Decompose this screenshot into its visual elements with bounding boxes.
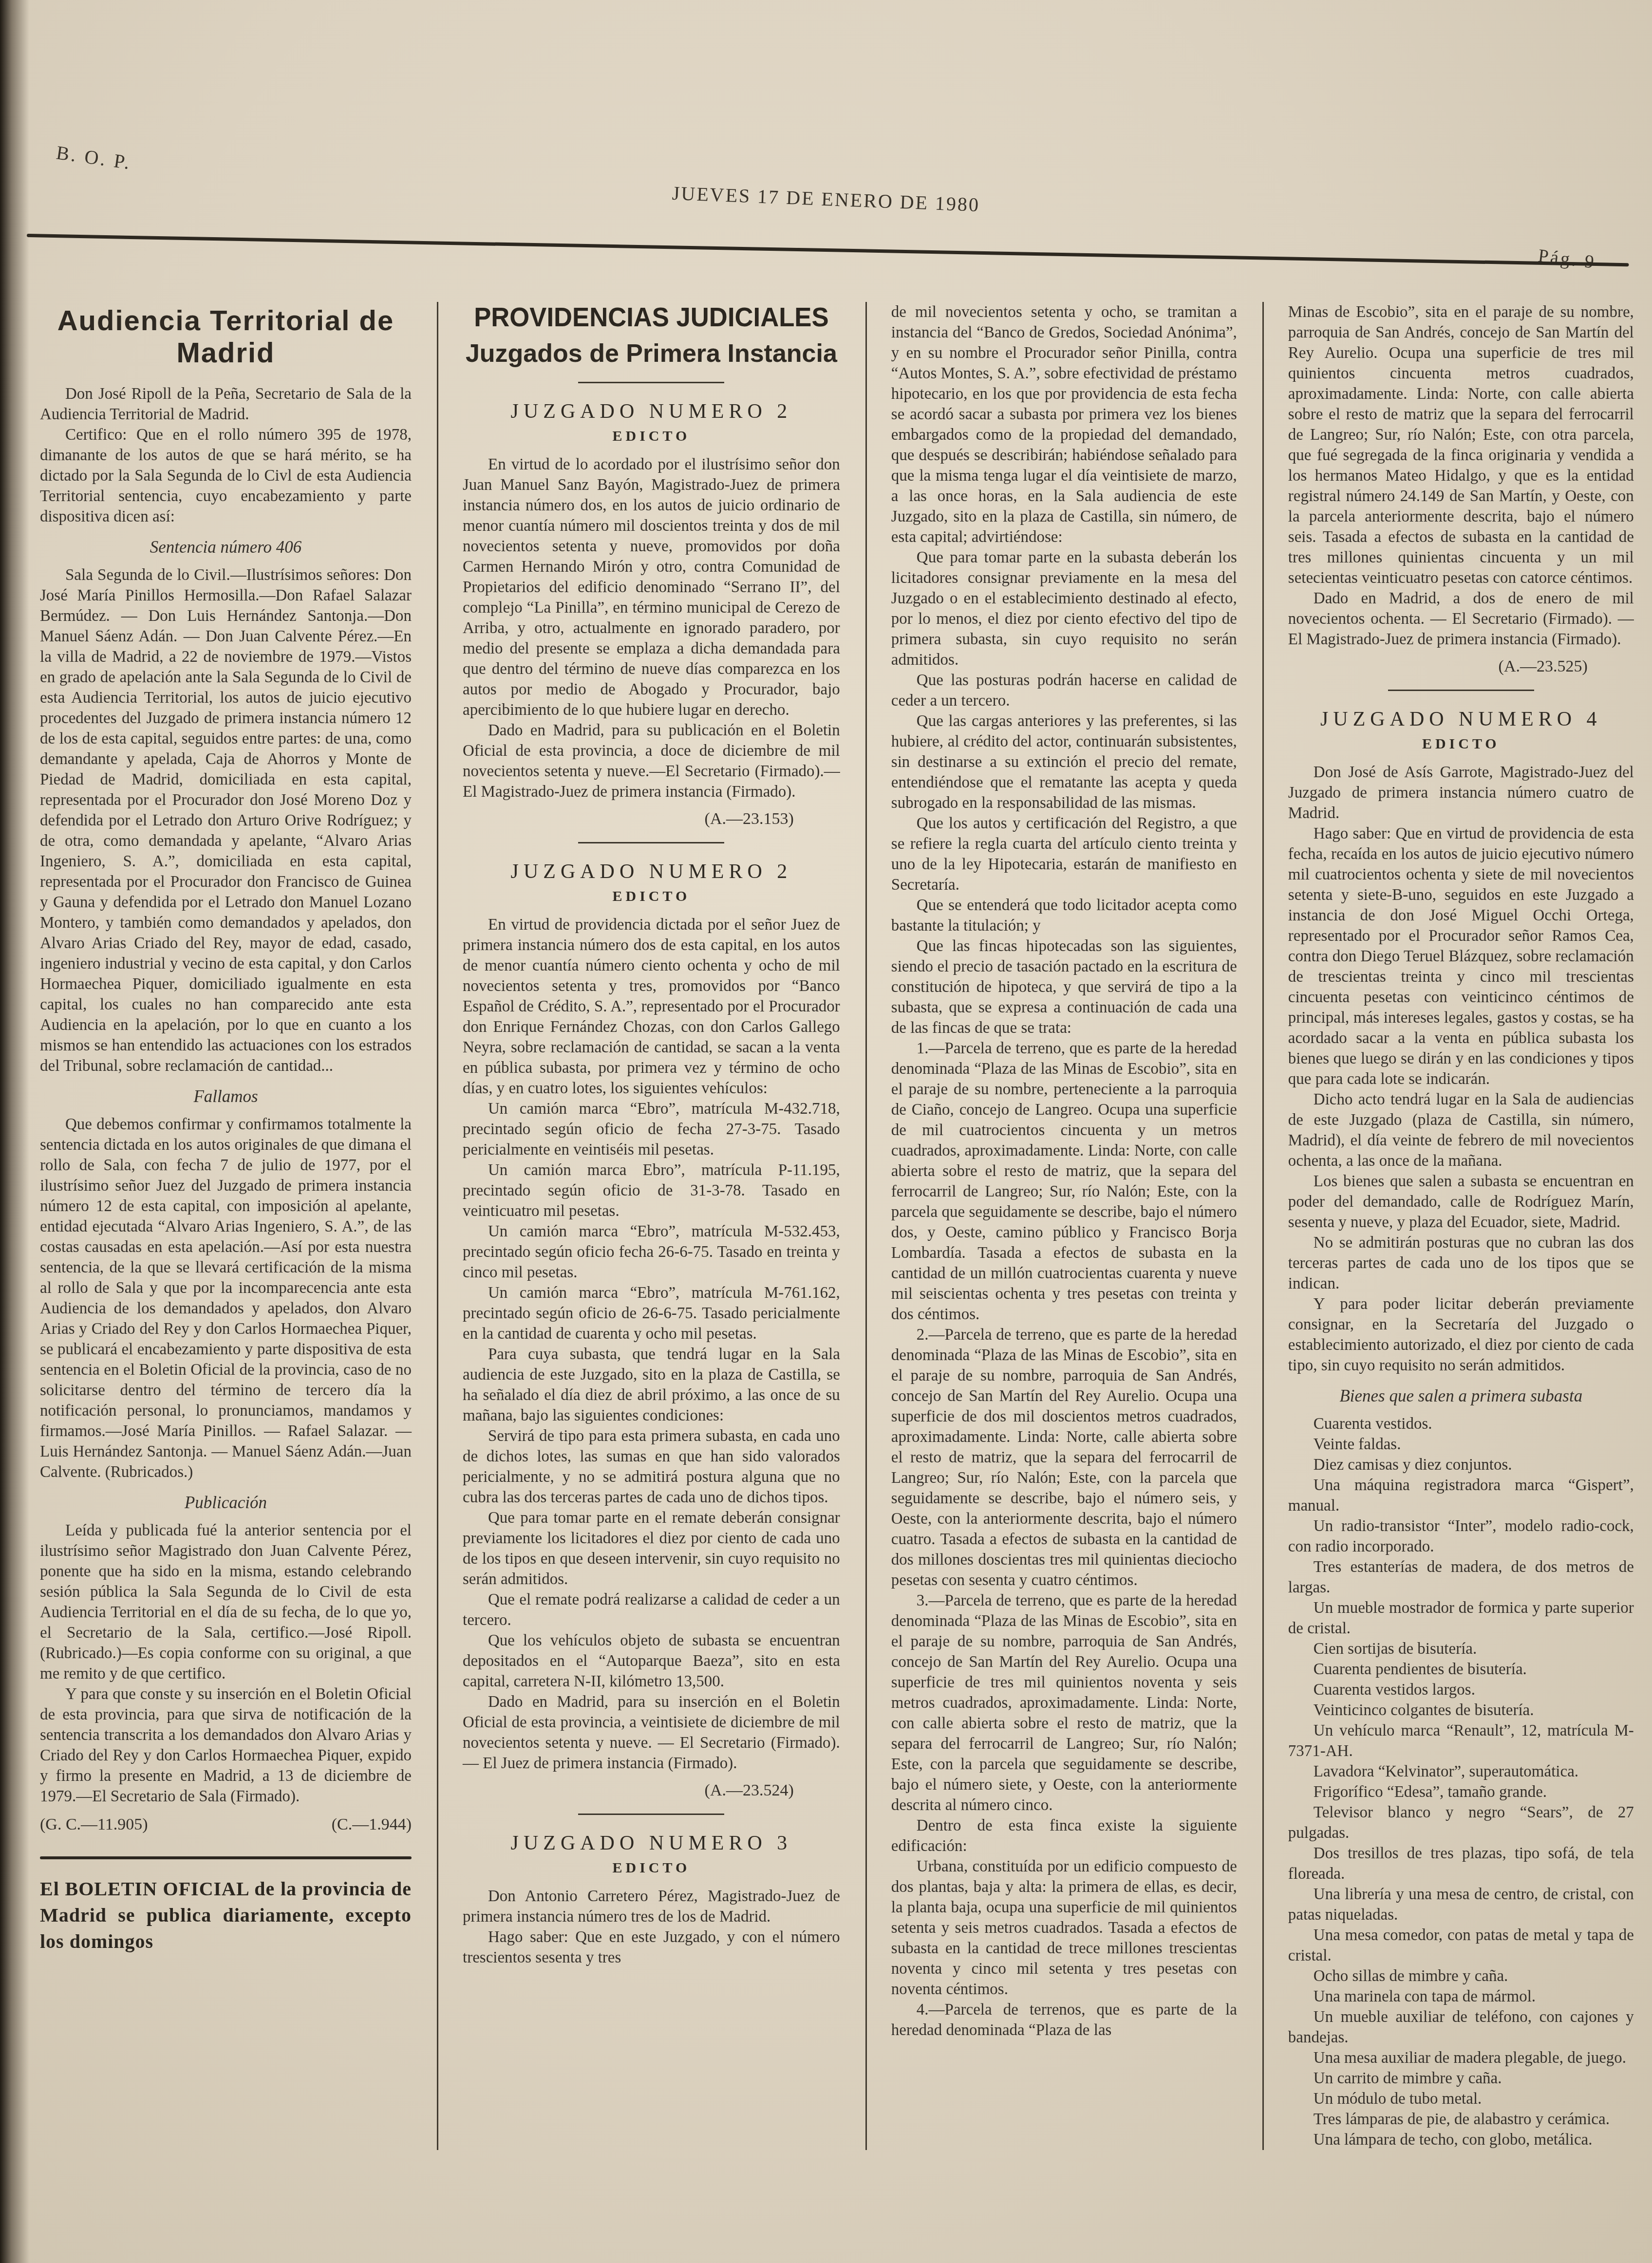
paragraph: Un camión marca “Ebro”, matrícula M-532.… — [463, 1221, 840, 1283]
publication-title: Audiencia Territorial de Madrid — [40, 305, 412, 369]
paragraph: Cien sortijas de bisutería. — [1288, 1639, 1634, 1659]
paragraph: Dicho acto tendrá lugar en la Sala de au… — [1288, 1089, 1634, 1171]
paragraph: Que para tomar parte en el remate deberá… — [463, 1508, 840, 1590]
paragraph: Para cuya subasta, que tendrá lugar en l… — [463, 1344, 840, 1426]
paragraph: Un mueble auxiliar de teléfono, con cajo… — [1288, 2007, 1634, 2048]
court-heading: JUZGADO NUMERO 4 — [1288, 708, 1634, 731]
paragraph: Televisor blanco y negro “Sears”, de 27 … — [1288, 1802, 1634, 1843]
reference-numbers: (G. C.—11.905)(C.—1.944) — [40, 1815, 412, 1834]
paragraph: Que el remate podrá realizarse a calidad… — [463, 1590, 840, 1630]
section-divider — [578, 382, 724, 383]
section-divider — [578, 1814, 724, 1815]
paragraph: Un camión marca “Ebro”, matrícula M-761.… — [463, 1283, 840, 1344]
paragraph: Dado en Madrid, para su publicación en e… — [463, 720, 840, 802]
paragraph: Hago saber: Que en virtud de providencia… — [1288, 823, 1634, 1089]
subsection-heading: Bienes que salen a primera subasta — [1288, 1386, 1634, 1406]
paragraph: Cuarenta vestidos largos. — [1288, 1680, 1634, 1700]
reference-number: (A.—23.153) — [463, 810, 840, 828]
paragraph: Don José de Asís Garrote, Magistrado-Jue… — [1288, 762, 1634, 823]
reference-number: (A.—23.524) — [463, 1781, 840, 1800]
paragraph: Certifico: Que en el rollo número 395 de… — [40, 425, 412, 527]
paragraph: Que se entenderá que todo licitador acep… — [891, 895, 1237, 936]
paragraph: Hago saber: Que en este Juzgado, y con e… — [463, 1927, 840, 1968]
section-divider — [1388, 690, 1534, 691]
edict-label: EDICTO — [463, 1860, 840, 1876]
paragraph: Un carrito de mimbre y caña. — [1288, 2068, 1634, 2089]
paragraph: Leída y publicada fué la anterior senten… — [40, 1520, 412, 1684]
paragraph: Un módulo de tubo metal. — [1288, 2089, 1634, 2109]
content-columns: Audiencia Territorial de MadridDon José … — [40, 302, 1628, 2150]
subsection-heading: Sentencia número 406 — [40, 538, 412, 557]
paragraph: Frigorífico “Edesa”, tamaño grande. — [1288, 1782, 1634, 1802]
paragraph: Un vehículo marca “Renault”, 12, matrícu… — [1288, 1721, 1634, 1761]
footer-notice: El BOLETIN OFICIAL de la provincia de Ma… — [40, 1876, 412, 1955]
paragraph: 3.—Parcela de terreno, que es parte de l… — [891, 1590, 1237, 1815]
paragraph: Un mueble mostrador de formica y parte s… — [1288, 1598, 1634, 1639]
paragraph: Los bienes que salen a subasta se encuen… — [1288, 1171, 1634, 1233]
paragraph: Y para que conste y su inserción en el B… — [40, 1684, 412, 1807]
subsection-heading: Publicación — [40, 1493, 412, 1513]
paragraph: Dentro de esta finca existe la siguiente… — [891, 1815, 1237, 1856]
paragraph: Cuarenta pendientes de bisutería. — [1288, 1659, 1634, 1680]
paragraph: Y para poder licitar deberán previamente… — [1288, 1294, 1634, 1376]
paragraph: 2.—Parcela de terreno, que es parte de l… — [891, 1325, 1237, 1590]
paragraph: Sala Segunda de lo Civil.—Ilustrísimos s… — [40, 565, 412, 1076]
edict-label: EDICTO — [463, 428, 840, 445]
paragraph: 1.—Parcela de terreno, que es parte de l… — [891, 1038, 1237, 1325]
edict-label: EDICTO — [463, 888, 840, 905]
paragraph: Que las cargas anteriores y las preferen… — [891, 711, 1237, 813]
section-title: PROVIDENCIAS JUDICIALES — [474, 302, 828, 332]
paragraph: Ocho sillas de mimbre y caña. — [1288, 1966, 1634, 1986]
paragraph: En virtud de providencia dictada por el … — [463, 915, 840, 1099]
paragraph: Un camión marca “Ebro”, matrícula M-432.… — [463, 1099, 840, 1160]
paragraph: Veinticinco colgantes de bisutería. — [1288, 1700, 1634, 1721]
paragraph: Que debemos confirmar y confirmamos tota… — [40, 1114, 412, 1482]
paragraph: Diez camisas y diez conjuntos. — [1288, 1455, 1634, 1475]
court-heading: JUZGADO NUMERO 2 — [463, 400, 840, 423]
section-divider — [578, 842, 724, 843]
paragraph: Una mesa auxiliar de madera plegable, de… — [1288, 2048, 1634, 2068]
reference-left: (G. C.—11.905) — [40, 1815, 148, 1834]
paragraph: Una mesa comedor, con patas de metal y t… — [1288, 1925, 1634, 1966]
paragraph: Una máquina registradora marca “Gispert”… — [1288, 1475, 1634, 1516]
paragraph: En virtud de lo acordado por el ilustrís… — [463, 454, 840, 720]
paragraph: Que las fincas hipotecadas son las sigui… — [891, 936, 1237, 1038]
paragraph: Minas de Escobio”, sita en el paraje de … — [1288, 302, 1634, 588]
court-heading: JUZGADO NUMERO 3 — [463, 1832, 840, 1855]
paragraph: Servirá de tipo para esta primera subast… — [463, 1426, 840, 1508]
column-3: de mil novecientos setenta y ocho, se tr… — [865, 302, 1262, 2150]
issue-date: JUEVES 17 DE ENERO DE 1980 — [0, 156, 1652, 242]
column-4: Minas de Escobio”, sita en el paraje de … — [1262, 302, 1652, 2150]
paragraph: Don José Ripoll de la Peña, Secretario d… — [40, 384, 412, 425]
paragraph: Tres lámparas de pie, de alabastro y cer… — [1288, 2109, 1634, 2130]
paragraph: Don Antonio Carretero Pérez, Magistrado-… — [463, 1886, 840, 1927]
paragraph: Que para tomar parte en la subasta deber… — [891, 547, 1237, 670]
paragraph: Dado en Madrid, para su inserción en el … — [463, 1692, 840, 1774]
paragraph: Veinte faldas. — [1288, 1434, 1634, 1455]
paragraph: Que los vehículos objeto de subasta se e… — [463, 1630, 840, 1692]
column-1: Audiencia Territorial de MadridDon José … — [40, 302, 437, 2150]
page-number: Pág. 9 — [1537, 245, 1597, 273]
paragraph: Un radio-transistor “Inter”, modelo radi… — [1288, 1516, 1634, 1557]
paragraph: Dado en Madrid, a dos de enero de mil no… — [1288, 588, 1634, 650]
edict-label: EDICTO — [1288, 736, 1634, 752]
reference-number: (A.—23.525) — [1288, 657, 1634, 676]
header-rule — [27, 234, 1629, 266]
paragraph: 4.—Parcela de terrenos, que es parte de … — [891, 2000, 1237, 2040]
paragraph: de mil novecientos setenta y ocho, se tr… — [891, 302, 1237, 547]
reference-right: (C.—1.944) — [332, 1815, 412, 1834]
subsection-heading: Fallamos — [40, 1087, 412, 1106]
page-spine-shadow — [0, 0, 29, 2263]
heavy-divider — [40, 1856, 412, 1859]
newspaper-page: B. O. P. JUEVES 17 DE ENERO DE 1980 Pág.… — [0, 0, 1652, 2263]
paragraph: Una lámpara de techo, con globo, metálic… — [1288, 2130, 1634, 2150]
paragraph: Que las posturas podrán hacerse en calid… — [891, 670, 1237, 711]
paragraph: Tres estanterías de madera, de dos metro… — [1288, 1557, 1634, 1598]
column-2: PROVIDENCIAS JUDICIALESJuzgados de Prime… — [437, 302, 865, 2150]
paragraph: Dos tresillos de tres plazas, tipo sofá,… — [1288, 1843, 1634, 1884]
paragraph: Que los autos y certificación del Regist… — [891, 813, 1237, 895]
paragraph: Lavadora “Kelvinator”, superautomática. — [1288, 1761, 1634, 1782]
paragraph: No se admitirán posturas que no cubran l… — [1288, 1233, 1634, 1294]
paragraph: Cuarenta vestidos. — [1288, 1414, 1634, 1434]
paragraph: Una librería y una mesa de centro, de cr… — [1288, 1884, 1634, 1925]
paragraph: Una marinela con tapa de mármol. — [1288, 1986, 1634, 2007]
paragraph: Un camión marca Ebro”, matrícula P-11.19… — [463, 1160, 840, 1221]
court-heading: JUZGADO NUMERO 2 — [463, 860, 840, 883]
section-subtitle: Juzgados de Primera Instancia — [463, 339, 840, 368]
paragraph: Urbana, constituída por un edificio comp… — [891, 1856, 1237, 2000]
